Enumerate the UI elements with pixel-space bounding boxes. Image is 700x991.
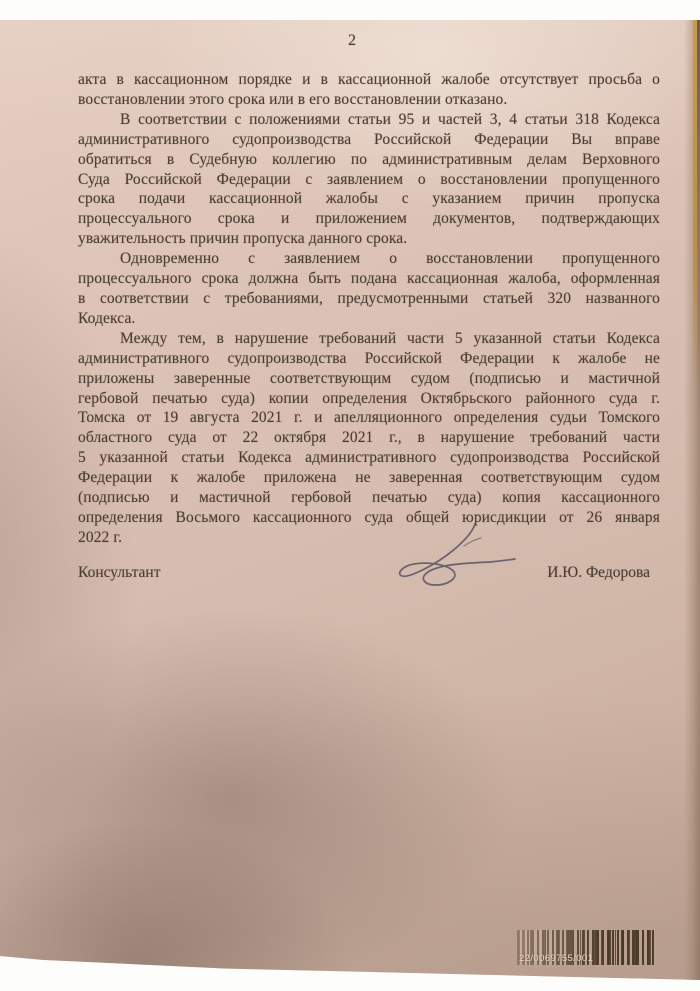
document-line: гербовой печатью суда) копии определения…: [78, 389, 660, 409]
document-line: уважительность причин пропуска данного с…: [78, 229, 660, 249]
signoff-role: Консультант: [78, 564, 160, 582]
document-line: административного судопроизводства Росси…: [78, 349, 660, 369]
document-line: в соответствии с требованиями, предусмот…: [78, 289, 660, 309]
document-line: приложены заверенные соответствующим суд…: [78, 369, 660, 389]
photo-backdrop: 2 акта в кассационном порядке и в кассац…: [0, 0, 700, 991]
document-line: обратиться в Судебную коллегию по админи…: [78, 150, 660, 170]
signoff-name: И.Ю. Федорова: [547, 564, 650, 582]
barcode-label: 22/0069755/001: [519, 953, 593, 964]
signature-scribble: [378, 514, 528, 606]
document-line: Между тем, в нарушение требований части …: [78, 329, 660, 349]
document-line: процессуального срока должна быть подана…: [78, 269, 660, 289]
document-line: срока подачи кассационной жалобы с указа…: [78, 189, 660, 209]
document-line: Одновременно с заявлением о восстановлен…: [78, 249, 660, 269]
document-line: Суда Российской Федерации с заявлением о…: [78, 170, 660, 190]
document-line: восстановлении этого срока или в его вос…: [78, 90, 660, 110]
document-line: Кодекса.: [78, 309, 660, 329]
signoff-row: Консультант И.Ю. Федорова: [78, 564, 650, 582]
document-line: процессуального срока и приложением доку…: [78, 209, 660, 229]
document-line: акта в кассационном порядке и в кассацио…: [78, 70, 660, 90]
document-line: определения Восьмого кассационного суда …: [78, 508, 660, 528]
document-line: 2022 г.: [78, 528, 660, 548]
document-body: акта в кассационном порядке и в кассацио…: [78, 70, 660, 548]
document-line: 5 указанной статьи Кодекса административ…: [78, 448, 660, 468]
barcode: 22/0069755/001: [517, 930, 655, 965]
document-line: Федерации к жалобе приложена не заверенн…: [78, 468, 660, 488]
document-line: административного судопроизводства Росси…: [78, 130, 660, 150]
document-line: областного суда от 22 октября 2021 г., в…: [78, 428, 660, 448]
document-line: В соответствии с положениями статьи 95 и…: [78, 110, 660, 130]
document-line: (подписью и мастичной гербовой печатью с…: [78, 488, 660, 508]
document-line: Томска от 19 августа 2021 г. и апелляцио…: [78, 408, 660, 428]
document-page: 2 акта в кассационном порядке и в кассац…: [0, 20, 700, 980]
page-number: 2: [12, 32, 692, 50]
